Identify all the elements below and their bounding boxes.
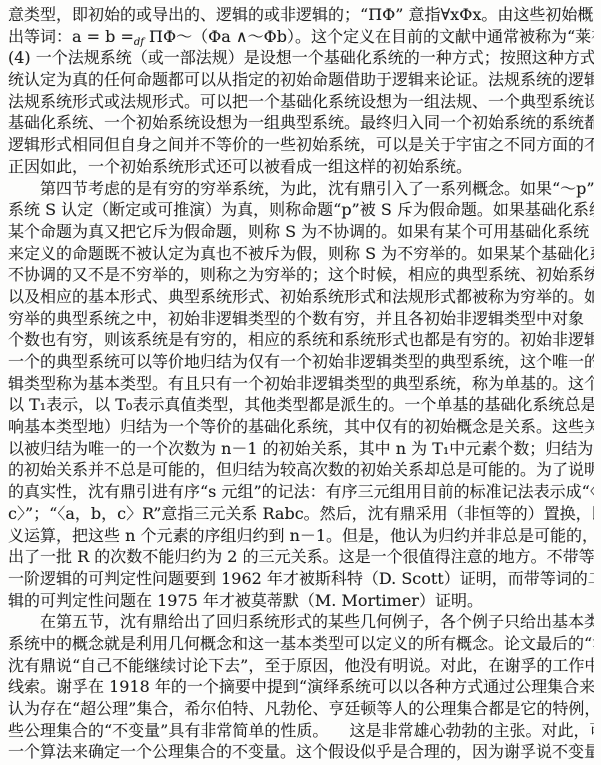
text-line: 认为存在“超公理”集合，希尔伯特、凡勃伦、亨廷顿等人的公理集合都是它的特例，而且…	[8, 698, 594, 720]
text-line: 意类型，即初始的或导出的、逻辑的或非逻辑的；“ΠΦ” 意指∀xΦx。由这些初始概…	[8, 4, 594, 26]
text-line: 些公理集合的“不变量”具有非常简单的性质。 这是非常雄心勃勃的主张。对此，可以假…	[8, 720, 594, 742]
text-line: 以 T₁表示，以 T₀表示真值类型，其他类型都是派生的。一个单基的基础化系统总是…	[8, 394, 594, 416]
text-line: 一个算法来确定一个公理集合的不变量。这个假设似乎是合理的，因为谢孚说不变量有“一…	[8, 741, 594, 763]
text-line: 一阶逻辑的可判定性问题要到 1962 年才被斯科特（D. Scott）证明，而带…	[8, 568, 594, 590]
text-line: 出了一批 R 的次数不能归约为 2 的三元关系。这是一个很值得注意的地方。不带等…	[8, 546, 594, 568]
text-line: 法规系统形式或法规形式。可以把一个基础化系统设想为一组法规、一个典型系统设想为一…	[8, 91, 594, 113]
page-text: 意类型，即初始的或导出的、逻辑的或非逻辑的；“ΠΦ” 意指∀xΦx。由这些初始概…	[8, 4, 594, 763]
text-line: c〉”；“〈a，b，c〉R”意指三元关系 Rabc。然后，沈有鼎采用（非恒等的）…	[8, 503, 594, 525]
text-line: 统认定为真的任何命题都可以从指定的初始命题借助于逻辑来论证。法规系统的逻辑形式称…	[8, 69, 594, 91]
text-line: 辑类型称为基本类型。有且只有一个初始非逻辑类型的典型系统，称为单基的。这个基本类…	[8, 373, 594, 395]
text-line: 出等词：a = b =df ΠΦ～（Φa ∧～Φb）。这个定义在目前的文献中通常…	[8, 26, 594, 48]
text-line: 系统 S 认定（断定或可推演）为真，则称命题“p”被 S 斥为假命题。如果基础化…	[8, 199, 594, 221]
text-line: 辑的可判定性问题在 1975 年才被莫蒂默（M. Mortimer）证明。	[8, 590, 594, 612]
text-line: 第四节考虑的是有穷的穷举系统，为此，沈有鼎引入了一系列概念。如果“～p”被基础化	[8, 178, 594, 200]
text-line: 响基本类型地）归结为一个等价的基础化系统，其中仅有的初始概念是关系。这些关系总是…	[8, 416, 594, 438]
text-line: 来定义的命题既不被认定为真也不被斥为假，则称 S 为不穷举的。如果某个基础化系统…	[8, 243, 594, 265]
text-line: 个数也有穷，则该系统是有穷的，相应的系统和系统形式也都是有穷的。初始非逻辑类型多…	[8, 329, 594, 351]
text-line: 线索。谢孚在 1918 年的一个摘要中提到“演绎系统可以以各种方式通过公理集合来…	[8, 676, 594, 698]
text-line: 穷举的典型系统之中，初始非逻辑类型的个数有穷，并且各初始非逻辑类型中对象（元素）…	[8, 308, 594, 330]
text-line: 正因如此，一个初始系统形式还可以被看成一组这样的初始系统。	[8, 156, 594, 178]
document-page: 意类型，即初始的或导出的、逻辑的或非逻辑的；“ΠΦ” 意指∀xΦx。由这些初始概…	[0, 0, 601, 765]
text-line: 某个命题为真又把它斥为假命题，则称 S 为不协调的。如果有某个可用基础化系统 S…	[8, 221, 594, 243]
text-line: 系统中的概念就是利用几何概念和这一基本类型可以定义的所有概念。论文最后的“注记”…	[8, 633, 594, 655]
text-line: 以被归结为唯一的一个次数为 n－1 的初始关系，其中 n 为 T₁中元素个数；归…	[8, 438, 594, 460]
text-line: 逻辑形式相同但自身之间并不等价的一些初始系统，可以是关于宇宙之不同方面的不同理论…	[8, 134, 594, 156]
text-line: 一个的典型系统可以等价地归结为仅有一个初始非逻辑类型的典型系统，这个唯一的初始非…	[8, 351, 594, 373]
text-line: 的初始关系并不总是可能的，但归结为较高次数的初始关系却总是可能的。为了说明这些断…	[8, 459, 594, 481]
text-line: 沈有鼎说“自己不能继续讨论下去”，至于原因，他没有明说。对此，在谢孚的工作中可以…	[8, 655, 594, 677]
text-line: 以及相应的基本形式、典型系统形式、初始系统形式和法规形式都被称为穷举的。如果在某…	[8, 286, 594, 308]
text-line: 义运算，把这些 n 个元素的序组归约到 n－1。但是，他认为归约并非总是可能的，…	[8, 525, 594, 547]
subscript-notation: df	[134, 37, 144, 48]
text-line: 的真实性，沈有鼎引进有序“s 元组”的记法：有序三元组用目前的标准记法表示成“〈…	[8, 481, 594, 503]
text-line: 基础化系统、一个初始系统设想为一组典型系统。最终归入同一个初始系统的系统都是等价…	[8, 112, 594, 134]
text-line: (4) 一个法规系统（或一部法规）是设想一个基础化系统的一种方式；按照这种方式，…	[8, 47, 594, 69]
text-line: 不协调的又不是不穷举的，则称之为穷举的；这个时候，相应的典型系统、初始系统和法规…	[8, 264, 594, 286]
text-line: 在第五节，沈有鼎给出了回归系统形式的某些几何例子，各个例子只给出基本类型的元素，	[8, 611, 594, 633]
